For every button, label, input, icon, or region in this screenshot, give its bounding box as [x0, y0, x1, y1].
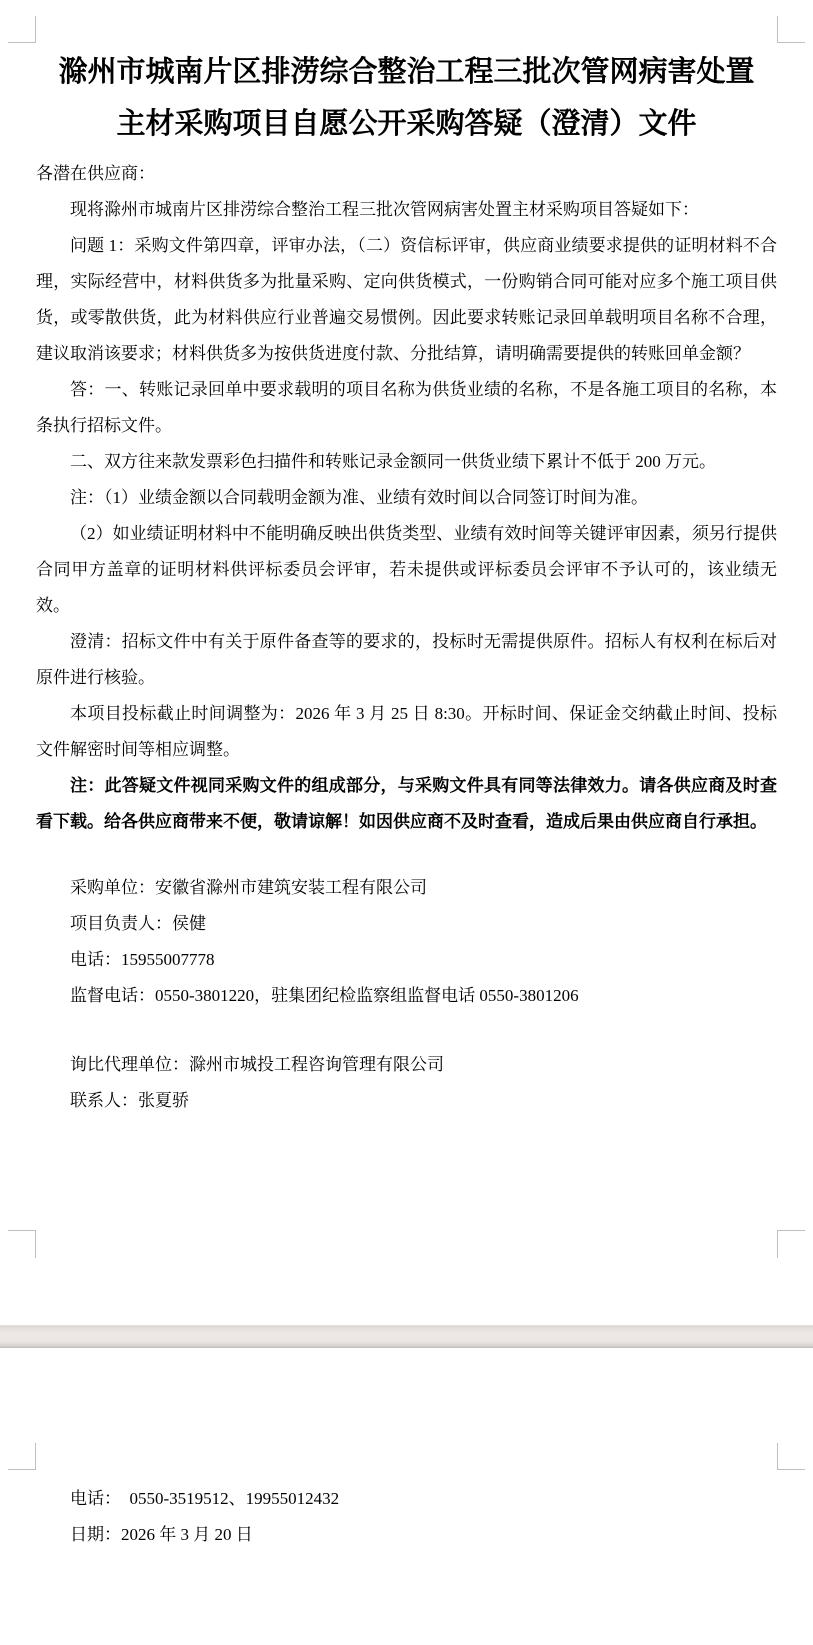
doc-title-line-1: 滁州市城南片区排涝综合整治工程三批次管网病害处置: [36, 46, 777, 98]
document-viewport: 滁州市城南片区排涝综合整治工程三批次管网病害处置 主材采购项目自愿公开采购答疑（…: [0, 0, 813, 1645]
page2-phone-line: 电话： 0550-3519512、19955012432: [36, 1481, 777, 1517]
crop-mark-page1-top-left: [8, 16, 36, 43]
crop-mark-page1-bottom-right: [777, 1230, 805, 1258]
purchaser-unit-line: 采购单位：安徽省滁州市建筑安装工程有限公司: [36, 870, 777, 906]
agency-contact-line: 联系人：张夏骄: [36, 1083, 777, 1119]
document-page-2: 电话： 0550-3519512、19955012432 日期：2026 年 3…: [0, 1348, 813, 1645]
spacer: [36, 840, 777, 870]
page-separator: [0, 1325, 813, 1348]
document-body: 各潜在供应商： 现将滁州市城南片区排涝综合整治工程三批次管网病害处置主材采购项目…: [36, 156, 777, 1119]
document-title: 滁州市城南片区排涝综合整治工程三批次管网病害处置 主材采购项目自愿公开采购答疑（…: [36, 0, 777, 150]
paragraph-clarification: 澄清：招标文件中有关于原件备查等的要求的，投标时无需提供原件。招标人有权利在标后…: [36, 624, 777, 696]
project-manager-line: 项目负责人：侯健: [36, 906, 777, 942]
paragraph-legal-note: 注：此答疑文件视同采购文件的组成部分，与采购文件具有同等法律效力。请各供应商及时…: [36, 768, 777, 840]
crop-mark-page1-top-right: [777, 16, 805, 43]
paragraph-answer-2: 二、双方往来款发票彩色扫描件和转账记录金额同一供货业绩下累计不低于 200 万元…: [36, 444, 777, 480]
purchaser-phone-line: 电话：15955007778: [36, 942, 777, 978]
paragraph-note-1: 注：（1）业绩金额以合同载明金额为准、业绩有效时间以合同签订时间为准。: [36, 480, 777, 516]
agency-unit-line: 询比代理单位：滁州市城投工程咨询管理有限公司: [36, 1047, 777, 1083]
page2-date-line: 日期：2026 年 3 月 20 日: [36, 1517, 777, 1553]
spacer: [36, 1014, 777, 1047]
supervision-phone-line: 监督电话：0550-3801220，驻集团纪检监察组监督电话 0550-3801…: [36, 978, 777, 1014]
paragraph-intro: 现将滁州市城南片区排涝综合整治工程三批次管网病害处置主材采购项目答疑如下：: [36, 192, 777, 228]
paragraph-note-2: （2）如业绩证明材料中不能明确反映出供货类型、业绩有效时间等关键评审因素，须另行…: [36, 516, 777, 624]
salutation: 各潜在供应商：: [36, 156, 777, 192]
paragraph-answer-1: 答：一、转账记录回单中要求载明的项目名称为供货业绩的名称，不是各施工项目的名称，…: [36, 372, 777, 444]
crop-mark-page2-top-left: [8, 1443, 36, 1470]
document-page-1: 滁州市城南片区排涝综合整治工程三批次管网病害处置 主材采购项目自愿公开采购答疑（…: [0, 0, 813, 1325]
crop-mark-page2-top-right: [777, 1443, 805, 1470]
crop-mark-page1-bottom-left: [8, 1230, 36, 1258]
paragraph-question-1: 问题 1：采购文件第四章，评审办法，（二）资信标评审，供应商业绩要求提供的证明材…: [36, 228, 777, 372]
paragraph-deadline-adjustment: 本项目投标截止时间调整为：2026 年 3 月 25 日 8:30。开标时间、保…: [36, 696, 777, 768]
doc-title-line-2: 主材采购项目自愿公开采购答疑（澄清）文件: [36, 98, 777, 150]
